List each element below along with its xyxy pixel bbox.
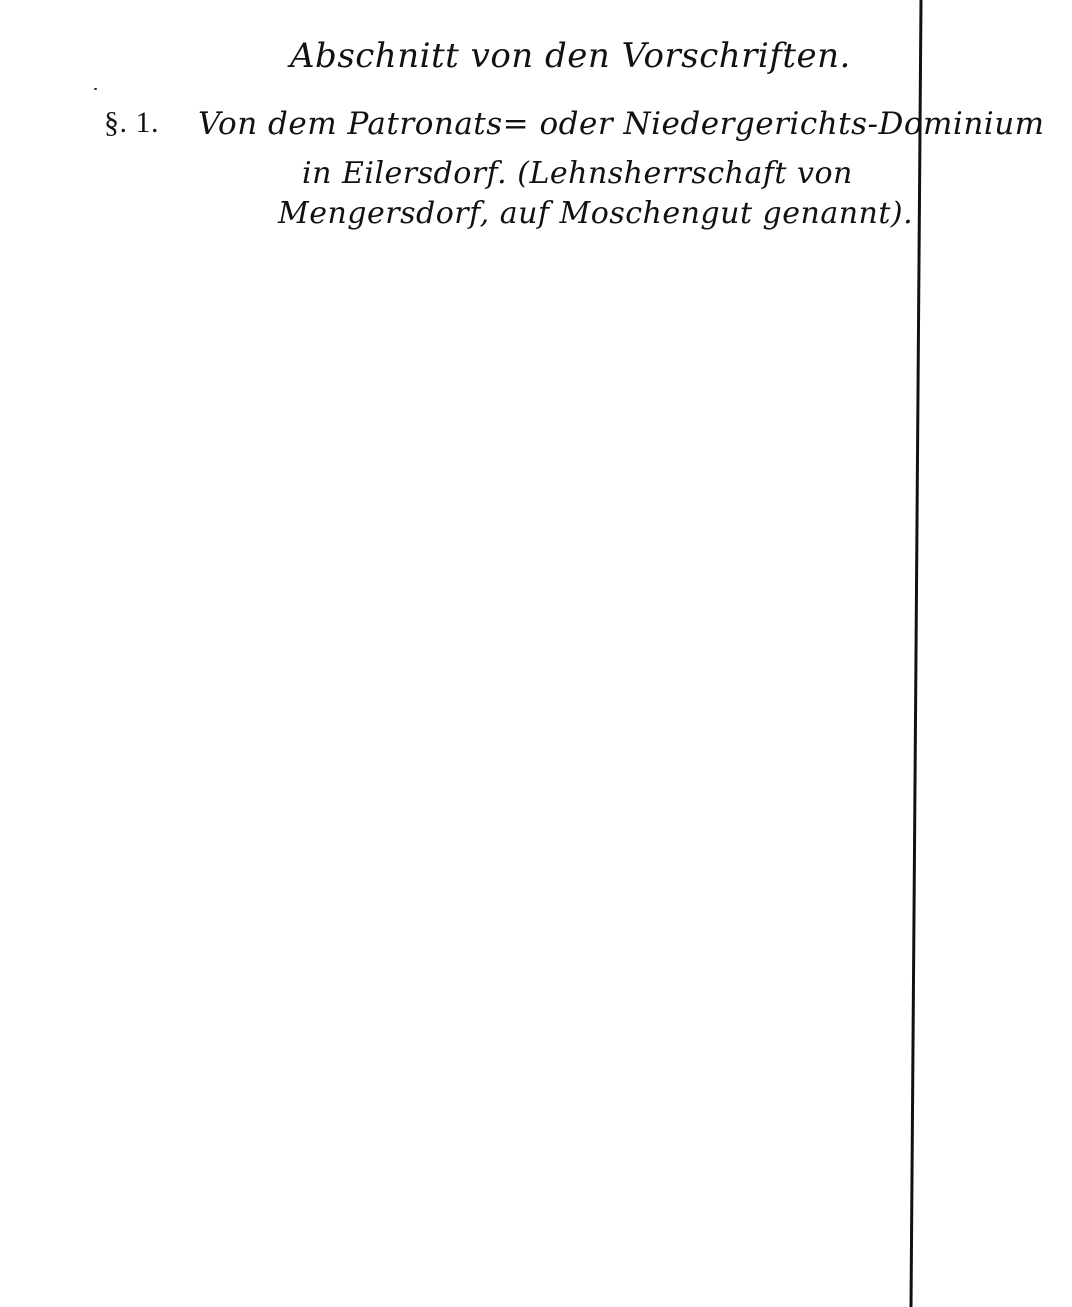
section-heading: Abschnitt von den Vorschriften.: [290, 36, 851, 76]
paragraph-number: §. 1.: [104, 106, 159, 140]
ink-speck: [94, 88, 97, 90]
text-line-3: Mengersdorf, auf Moschengut genannt).: [278, 196, 913, 231]
manuscript-page: Abschnitt von den Vorschriften. §. 1. Vo…: [0, 0, 1072, 1307]
text-line-1: Von dem Patronats= oder Niedergerichts-D…: [198, 106, 1045, 142]
text-line-2: in Eilersdorf. (Lehnsherrschaft von: [302, 156, 853, 191]
